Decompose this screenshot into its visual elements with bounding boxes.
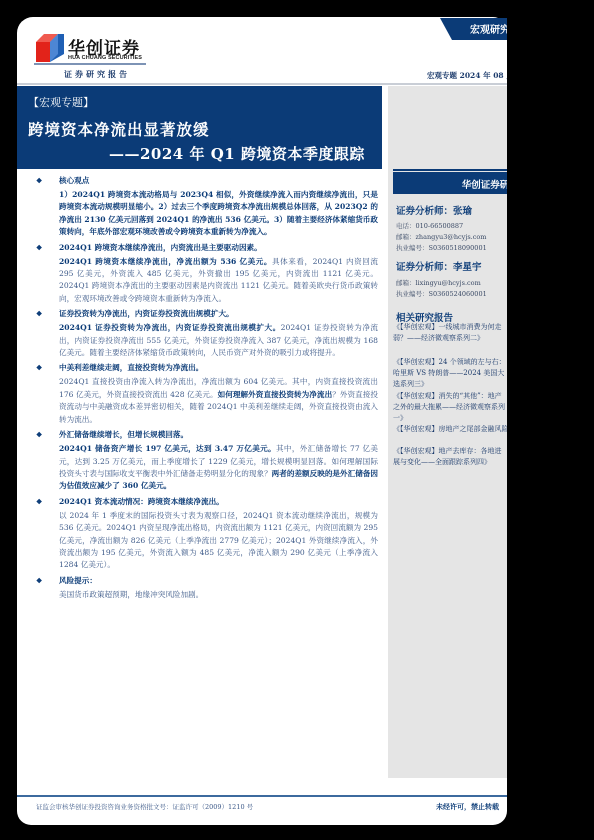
analyst-1-phone: 电话：010-66500887 xyxy=(396,221,463,230)
title-banner: 【宏观专题】 跨境资本净流出显著放缓 ——2024 年 Q1 跨境资本季度跟踪 xyxy=(17,86,382,169)
section-heading-core-views: 核心观点 xyxy=(36,174,378,188)
footer-license: 证监会审核华创证券投资咨询业务资格批文号：证监许可（2009）1210 号 xyxy=(36,802,253,811)
logo-english-name: HUA CHUANG SECURITIES xyxy=(68,55,142,61)
capital-flows-text: 以 2024 年 1 季度末的国际投资头寸表为观察口径，2024Q1 资本流动继… xyxy=(36,510,378,572)
report-type-label: 证券研究报告 xyxy=(64,69,130,80)
report-tag: 【宏观专题】 xyxy=(28,94,94,110)
report-body: 核心观点 1）2024Q1 跨境资本流动格局与 2023Q4 相似，外资继续净流… xyxy=(36,172,378,601)
institute-bar: 华创证券研究所 xyxy=(393,172,507,194)
report-title: 跨境资本净流出显著放缓 xyxy=(28,118,210,140)
capital-outflow-text: 2024Q1 跨境资本继续净流出，净流出额为 536 亿美元。具体来看，2024… xyxy=(36,256,378,306)
section-heading-capital-flows: 2024Q1 资本流动情况：跨境资本继续净流出。 xyxy=(36,495,378,509)
analyst-2-license: 执业编号：S0360524060001 xyxy=(396,289,487,298)
analyst-1-license: 执业编号：S0360518090001 xyxy=(396,243,487,252)
analyst-1-title: 证券分析师：张瑜 xyxy=(396,203,472,217)
analyst-2-title: 证券分析师：李星宇 xyxy=(396,259,482,273)
fdi-question: 如何理解外资直接投资转为净流出 xyxy=(218,390,333,399)
related-report-1[interactable]: 《【华创宏观】一线城市消费为何走弱？——经济微观察系列二》 xyxy=(393,322,507,344)
related-report-2[interactable]: 《【华创宏观】24 个领域的左与右：哈里斯 VS 特朗普——2024 美国大选系… xyxy=(393,357,507,390)
report-subtitle: ——2024 年 Q1 跨境资本季度跟踪 xyxy=(109,143,365,164)
section-heading-fdi: 中美利差继续走阔，直接投资转为净流出。 xyxy=(36,361,378,375)
footer-divider xyxy=(17,795,507,797)
analyst-2-email[interactable]: 邮箱：lixingyu@hcyjs.com xyxy=(396,278,481,287)
risks-text: 美国货币政策超预期，地缘冲突风险加剧。 xyxy=(36,589,378,601)
section-heading-capital-outflow: 2024Q1 跨境资本继续净流出，内资流出是主要驱动因素。 xyxy=(36,241,378,255)
related-report-3[interactable]: 《【华创宏观】消失的“其他”：地产之外的最大拖累——经济微观察系列一》 xyxy=(393,391,507,424)
analyst-1-email[interactable]: 邮箱：zhangyu3@hcyjs.com xyxy=(396,232,486,241)
core-views-text: 1）2024Q1 跨境资本流动格局与 2023Q4 相似，外资继续净流入而内资继… xyxy=(36,189,378,239)
company-logo: 华创证券 HUA CHUANG SECURITIES xyxy=(36,34,146,64)
section-heading-risks: 风险提示： xyxy=(36,574,378,588)
footer-notice: 未经许可，禁止转载 xyxy=(436,802,499,812)
header-divider xyxy=(17,83,507,85)
section-heading-securities: 证券投资转为净流出，内资证券投资流出规模扩大。 xyxy=(36,307,378,321)
fx-reserves-lead: 2024Q1 储备资产增长 197 亿美元，达到 3.47 万亿美元。 xyxy=(59,444,276,453)
fdi-text: 2024Q1 直接投资由净流入转为净流出，净流出额为 604 亿美元。其中，内资… xyxy=(36,376,378,426)
section-heading-fx-reserves: 外汇储备继续增长，但增长规模回落。 xyxy=(36,428,378,442)
securities-text: 2024Q1 证券投资转为净流出，内资证券投资流出规模扩大。2024Q1 证券投… xyxy=(36,322,378,359)
logo-cube-icon xyxy=(36,34,64,62)
capital-outflow-lead: 2024Q1 跨境资本继续净流出，净流出额为 536 亿美元。 xyxy=(59,257,272,266)
viewport-edge xyxy=(507,0,594,840)
related-report-4[interactable]: 《【华创宏观】房地产之尾部金融风险或已解除》 xyxy=(393,424,523,435)
related-report-5[interactable]: 《【华创宏观】地产去库存：各地进展与变化——全面跟踪系列四》 xyxy=(393,446,507,468)
securities-lead: 2024Q1 证券投资转为净流出，内资证券投资流出规模扩大。 xyxy=(59,323,281,332)
logo-underline xyxy=(34,63,146,65)
fx-reserves-text: 2024Q1 储备资产增长 197 亿美元，达到 3.47 万亿美元。其中，外汇… xyxy=(36,443,378,493)
